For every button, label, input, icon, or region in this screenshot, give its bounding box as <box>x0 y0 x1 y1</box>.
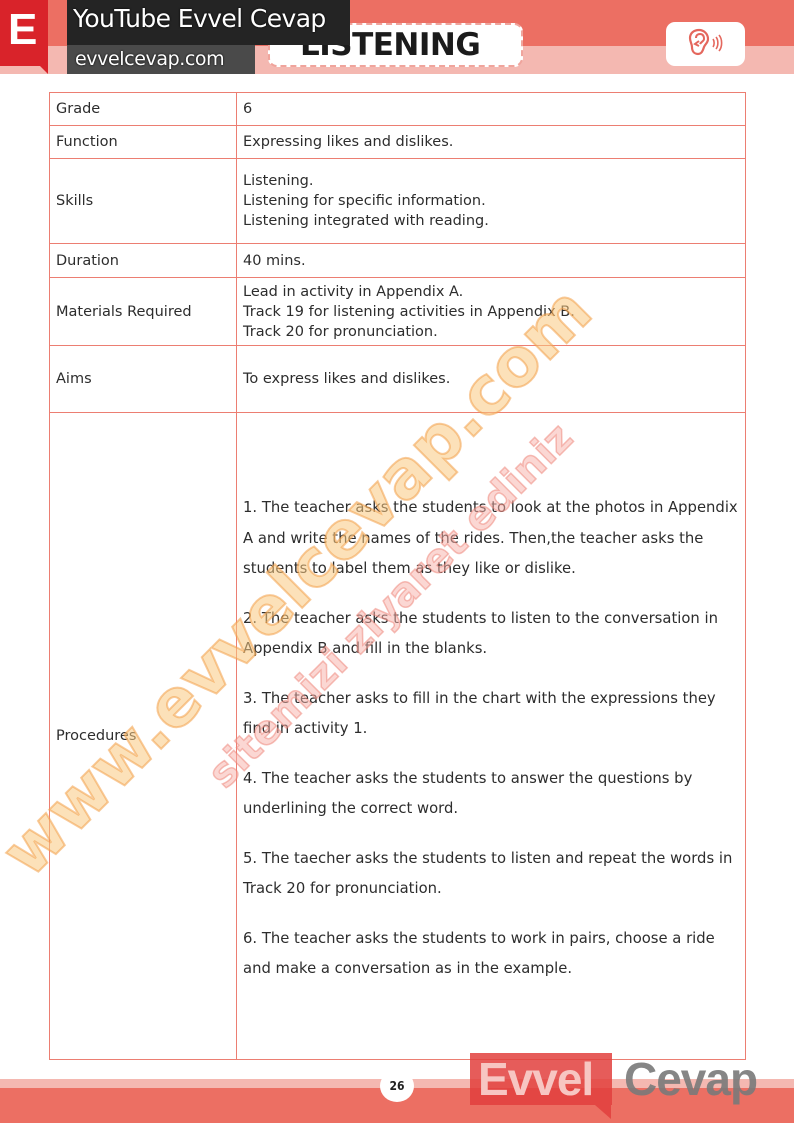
table-row-procedures: Procedures 1. The teacher asks the stude… <box>50 413 746 1060</box>
value-line: 6 <box>243 99 739 119</box>
row-label: Materials Required <box>50 278 237 346</box>
watermark-site: evvelcevap.com <box>75 48 224 70</box>
procedure-step: 4. The teacher asks the students to answ… <box>243 764 739 825</box>
watermark-site-bar: evvelcevap.com <box>67 45 255 74</box>
logo-word-cevap: Cevap <box>624 1052 757 1106</box>
logo-word-evvel: Evvel <box>478 1052 593 1106</box>
value-lines: To express likes and dislikes. <box>243 369 739 389</box>
value-line: 40 mins. <box>243 251 739 271</box>
procedure-step: 5. The taecher asks the students to list… <box>243 844 739 905</box>
value-line: Track 19 for listening activities in App… <box>243 302 739 322</box>
value-lines: Expressing likes and dislikes. <box>243 132 739 152</box>
table-row: Grade 6 <box>50 93 746 126</box>
value-line: Listening for specific information. <box>243 191 739 211</box>
value-line: Lead in activity in Appendix A. <box>243 282 739 302</box>
value-line: Track 20 for pronunciation. <box>243 322 739 342</box>
procedure-step: 6. The teacher asks the students to work… <box>243 924 739 985</box>
logo-tail <box>595 1105 611 1119</box>
procedure-step: 2. The teacher asks the students to list… <box>243 604 739 665</box>
procedures-cell: 1. The teacher asks the students to look… <box>237 413 746 1060</box>
row-value: Lead in activity in Appendix A.Track 19 … <box>237 278 746 346</box>
row-value: 6 <box>237 93 746 126</box>
table-row: Aims To express likes and dislikes. <box>50 346 746 413</box>
value-line: Listening. <box>243 171 739 191</box>
procedure-step: 1. The teacher asks the students to look… <box>243 493 739 585</box>
row-value: To express likes and dislikes. <box>237 346 746 413</box>
value-lines: 6 <box>243 99 739 119</box>
value-line: To express likes and dislikes. <box>243 369 739 389</box>
row-value: Expressing likes and dislikes. <box>237 126 746 159</box>
table-row: Function Expressing likes and dislikes. <box>50 126 746 159</box>
value-lines: Listening.Listening for specific informa… <box>243 171 739 231</box>
value-line: Expressing likes and dislikes. <box>243 132 739 152</box>
row-label: Duration <box>50 244 237 278</box>
procedure-step: 3. The teacher asks to fill in the chart… <box>243 684 739 745</box>
row-label: Skills <box>50 159 237 244</box>
badge-letter: E <box>8 5 37 55</box>
value-line: Listening integrated with reading. <box>243 211 739 231</box>
row-label: Function <box>50 126 237 159</box>
ear-listening-icon-box <box>666 22 745 66</box>
table-row: Materials Required Lead in activity in A… <box>50 278 746 346</box>
table-row: Duration 40 mins. <box>50 244 746 278</box>
badge-tail <box>34 60 48 74</box>
evvelcevap-badge: E <box>0 0 48 66</box>
watermark-channel-bar: YouTube Evvel Cevap <box>67 0 350 45</box>
row-value: 40 mins. <box>237 244 746 278</box>
lesson-plan-table: Grade 6 Function Expressing likes and di… <box>49 92 746 1060</box>
row-label: Procedures <box>50 413 237 1060</box>
ear-listening-icon <box>686 28 726 60</box>
row-label: Aims <box>50 346 237 413</box>
row-label: Grade <box>50 93 237 126</box>
procedure-steps: 1. The teacher asks the students to look… <box>243 487 739 985</box>
table-row: Skills Listening.Listening for specific … <box>50 159 746 244</box>
watermark-channel: YouTube Evvel Cevap <box>73 4 326 33</box>
row-value: Listening.Listening for specific informa… <box>237 159 746 244</box>
value-lines: 40 mins. <box>243 251 739 271</box>
value-lines: Lead in activity in Appendix A.Track 19 … <box>243 282 739 342</box>
page-number: 26 <box>380 1070 414 1102</box>
